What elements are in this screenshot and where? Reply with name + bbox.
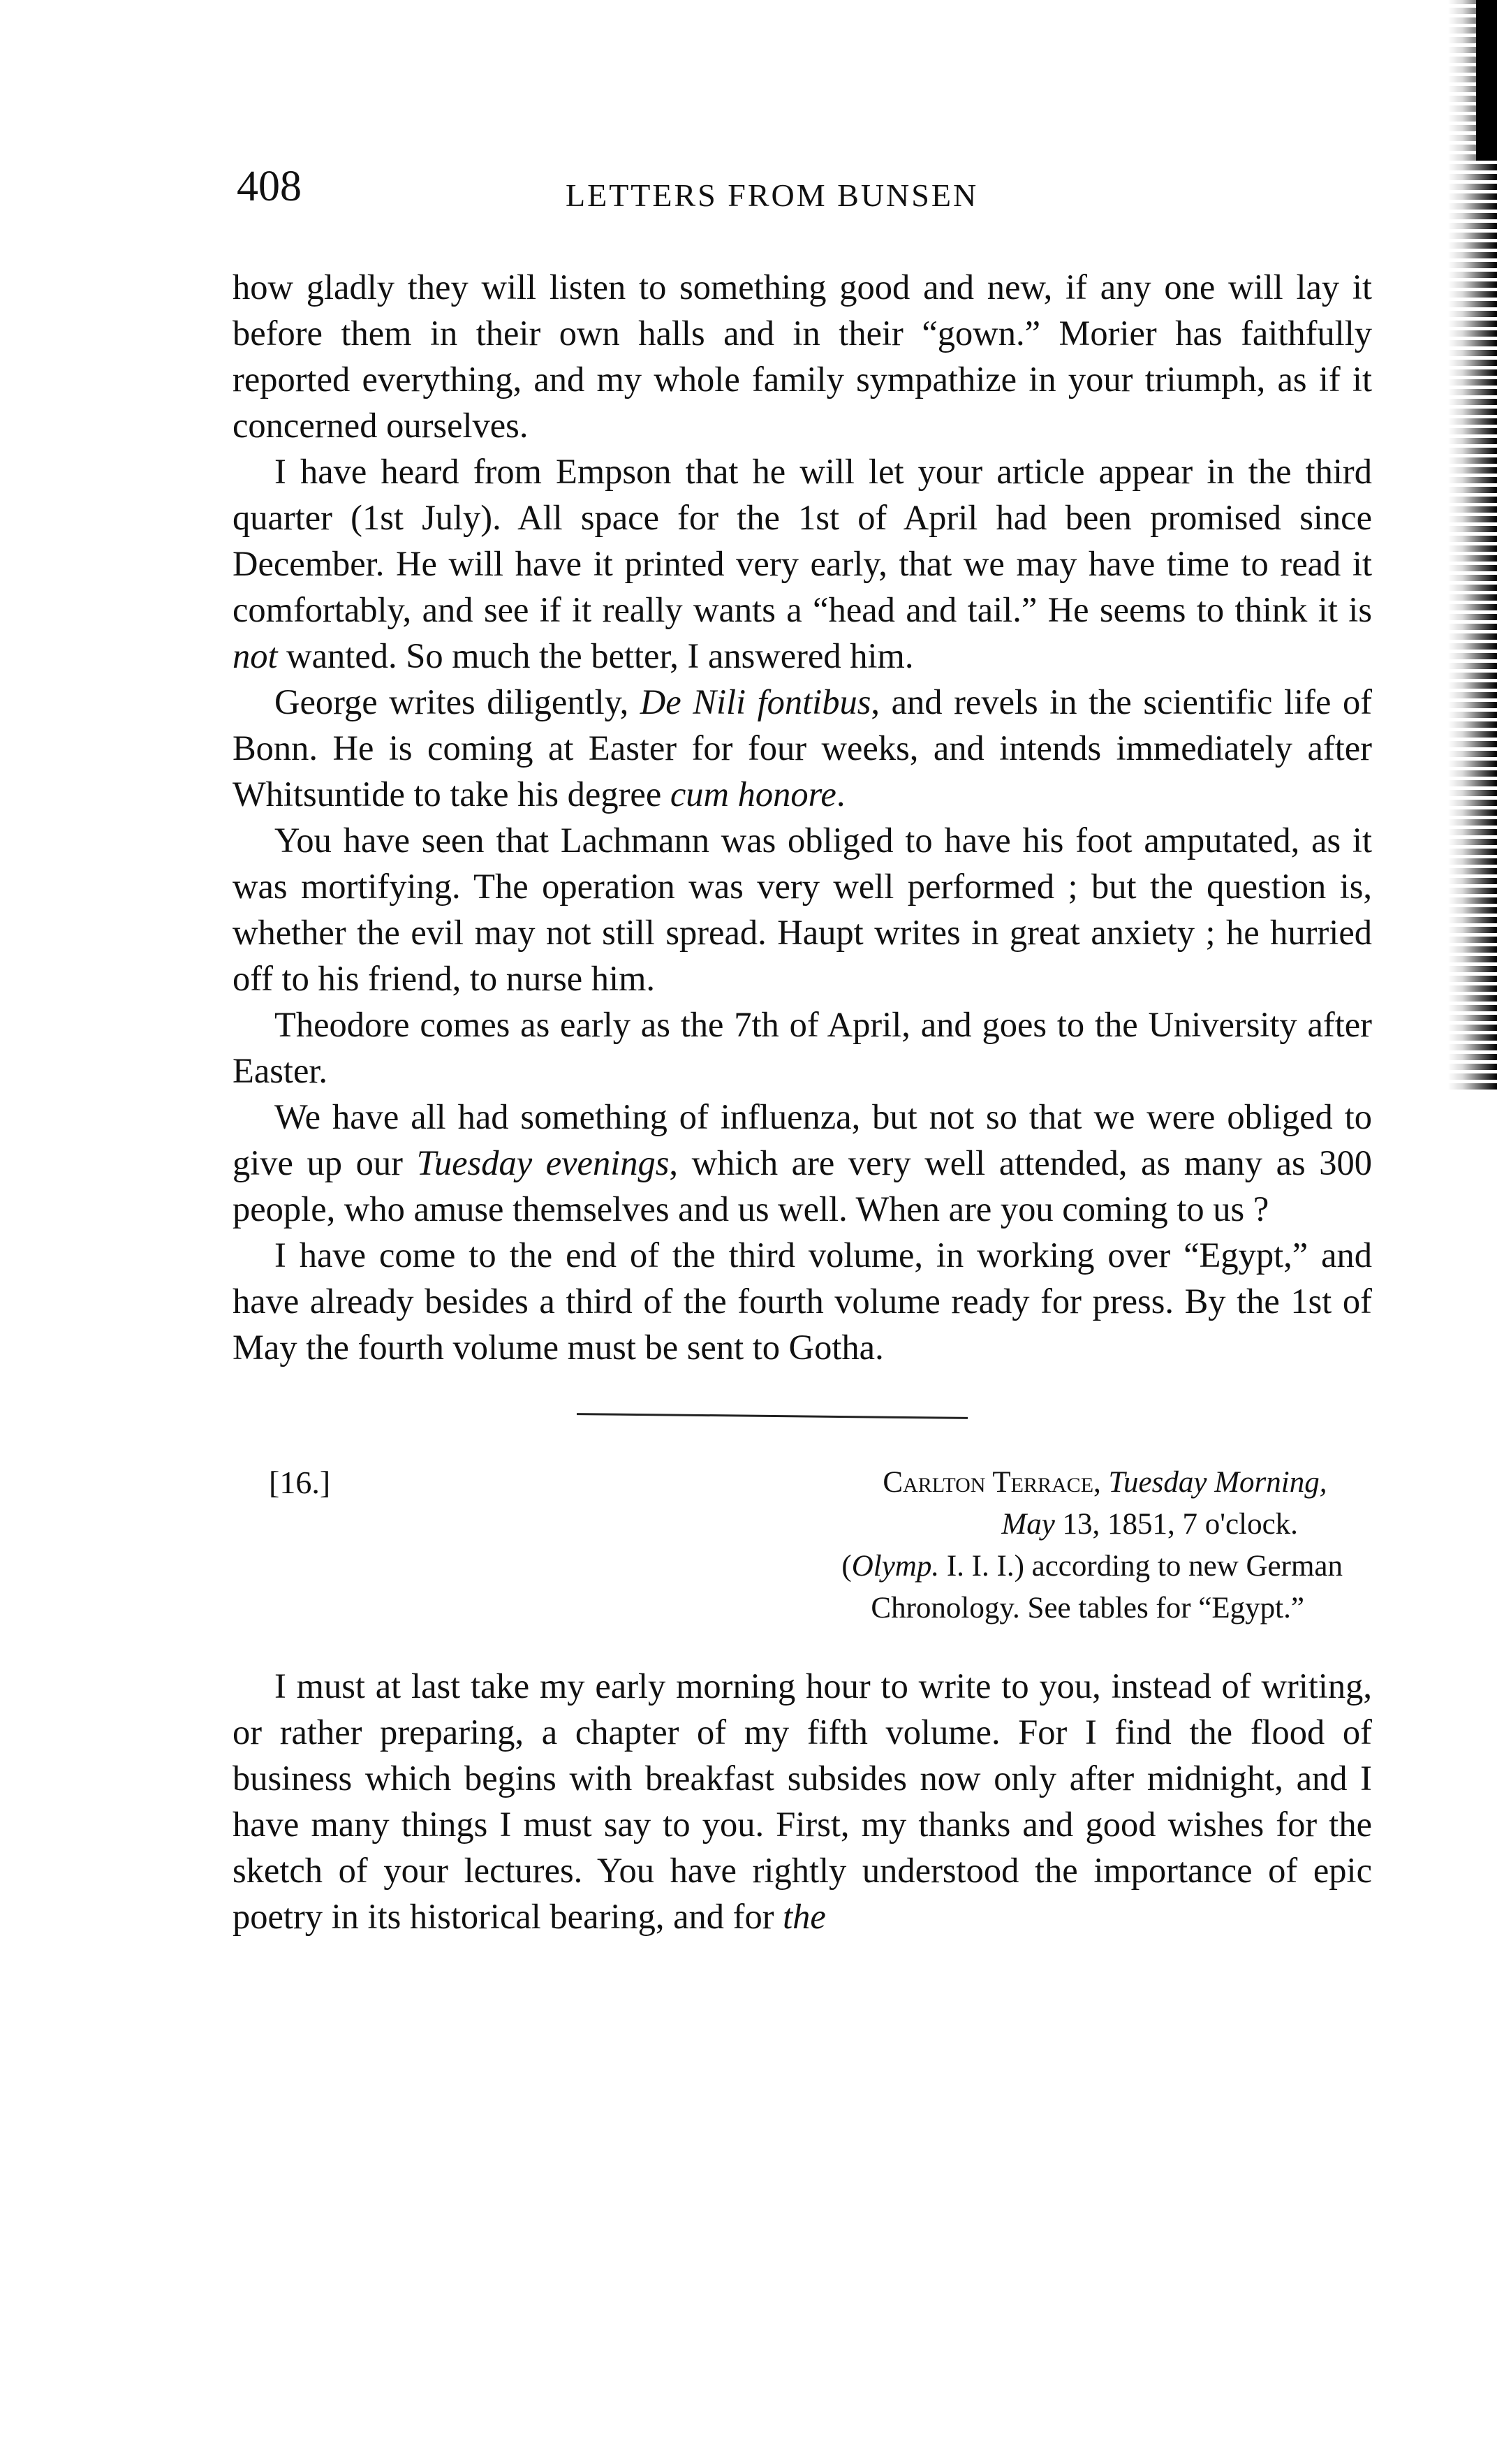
running-title: LETTERS FROM BUNSEN — [566, 175, 978, 217]
text-run: how gladly they will listen to something… — [233, 267, 1372, 445]
dateline-date-rest: 13, 1851, 7 o'clock. — [1055, 1508, 1298, 1541]
dateline-chronology: Chronology. See tables for “Egypt.” — [833, 1587, 1343, 1629]
italic-text: not — [233, 636, 278, 675]
dateline-day: Tuesday Morning, — [1109, 1466, 1327, 1499]
paragraph: You have seen that Lachmann was obliged … — [233, 817, 1372, 1002]
italic-text: Tuesday evenings — [417, 1143, 670, 1182]
paren: ( — [841, 1550, 851, 1583]
running-head: 408 LETTERS FROM BUNSEN — [233, 162, 1372, 218]
page-body: how gladly they will listen to something… — [233, 264, 1372, 1939]
italic-text: cum honore — [670, 775, 836, 814]
paragraph: how gladly they will listen to something… — [233, 264, 1372, 448]
letter-number: [16.] — [269, 1462, 330, 1504]
paragraph: We have all had something of influenza, … — [233, 1094, 1372, 1232]
dateline-place-day: Carlton Terrace, Tuesday Morning, — [833, 1462, 1343, 1504]
paragraph: I have come to the end of the third volu… — [233, 1232, 1372, 1370]
text-run: Theodore comes as early as the 7th of Ap… — [233, 1005, 1372, 1090]
italic-text: the — [783, 1897, 826, 1936]
text-run: wanted. So much the better, I answered h… — [278, 636, 914, 675]
text-run: You have seen that Lachmann was obliged … — [233, 821, 1372, 998]
paragraph: I have heard from Empson that he will le… — [233, 448, 1372, 679]
letter-dateline: Carlton Terrace, Tuesday Morning, May 13… — [833, 1462, 1343, 1629]
olymp-label: Olymp. — [852, 1550, 939, 1583]
dateline-month: May — [1001, 1508, 1054, 1541]
letter-15-continuation: how gladly they will listen to something… — [233, 264, 1372, 1370]
olymp-rest: I. I. I.) according to new German — [939, 1550, 1343, 1583]
text-run: I must at last take my early morning hou… — [233, 1666, 1372, 1936]
text-run: George writes diligently, — [274, 682, 640, 721]
dateline-date: May 13, 1851, 7 o'clock. — [833, 1504, 1343, 1546]
text-run: I have come to the end of the third volu… — [233, 1235, 1372, 1367]
text-run: . — [836, 775, 846, 814]
scan-edge-artifact — [1448, 0, 1497, 1090]
paragraph: George writes diligently, De Nili fontib… — [233, 679, 1372, 817]
paragraph: Theodore comes as early as the 7th of Ap… — [233, 1002, 1372, 1094]
section-divider — [577, 1413, 968, 1419]
italic-text: De Nili fontibus — [640, 682, 871, 721]
text-run: I have heard from Empson that he will le… — [233, 452, 1372, 629]
letter-heading: [16.] Carlton Terrace, Tuesday Morning, … — [233, 1462, 1372, 1671]
page-number: 408 — [237, 162, 302, 211]
paragraph: I must at last take my early morning hou… — [233, 1663, 1372, 1939]
dateline-place: Carlton Terrace, — [883, 1466, 1100, 1499]
letter-16-body: I must at last take my early morning hou… — [233, 1663, 1372, 1939]
dateline-olympiad: (Olymp. I. I. I.) according to new Germa… — [833, 1546, 1343, 1587]
